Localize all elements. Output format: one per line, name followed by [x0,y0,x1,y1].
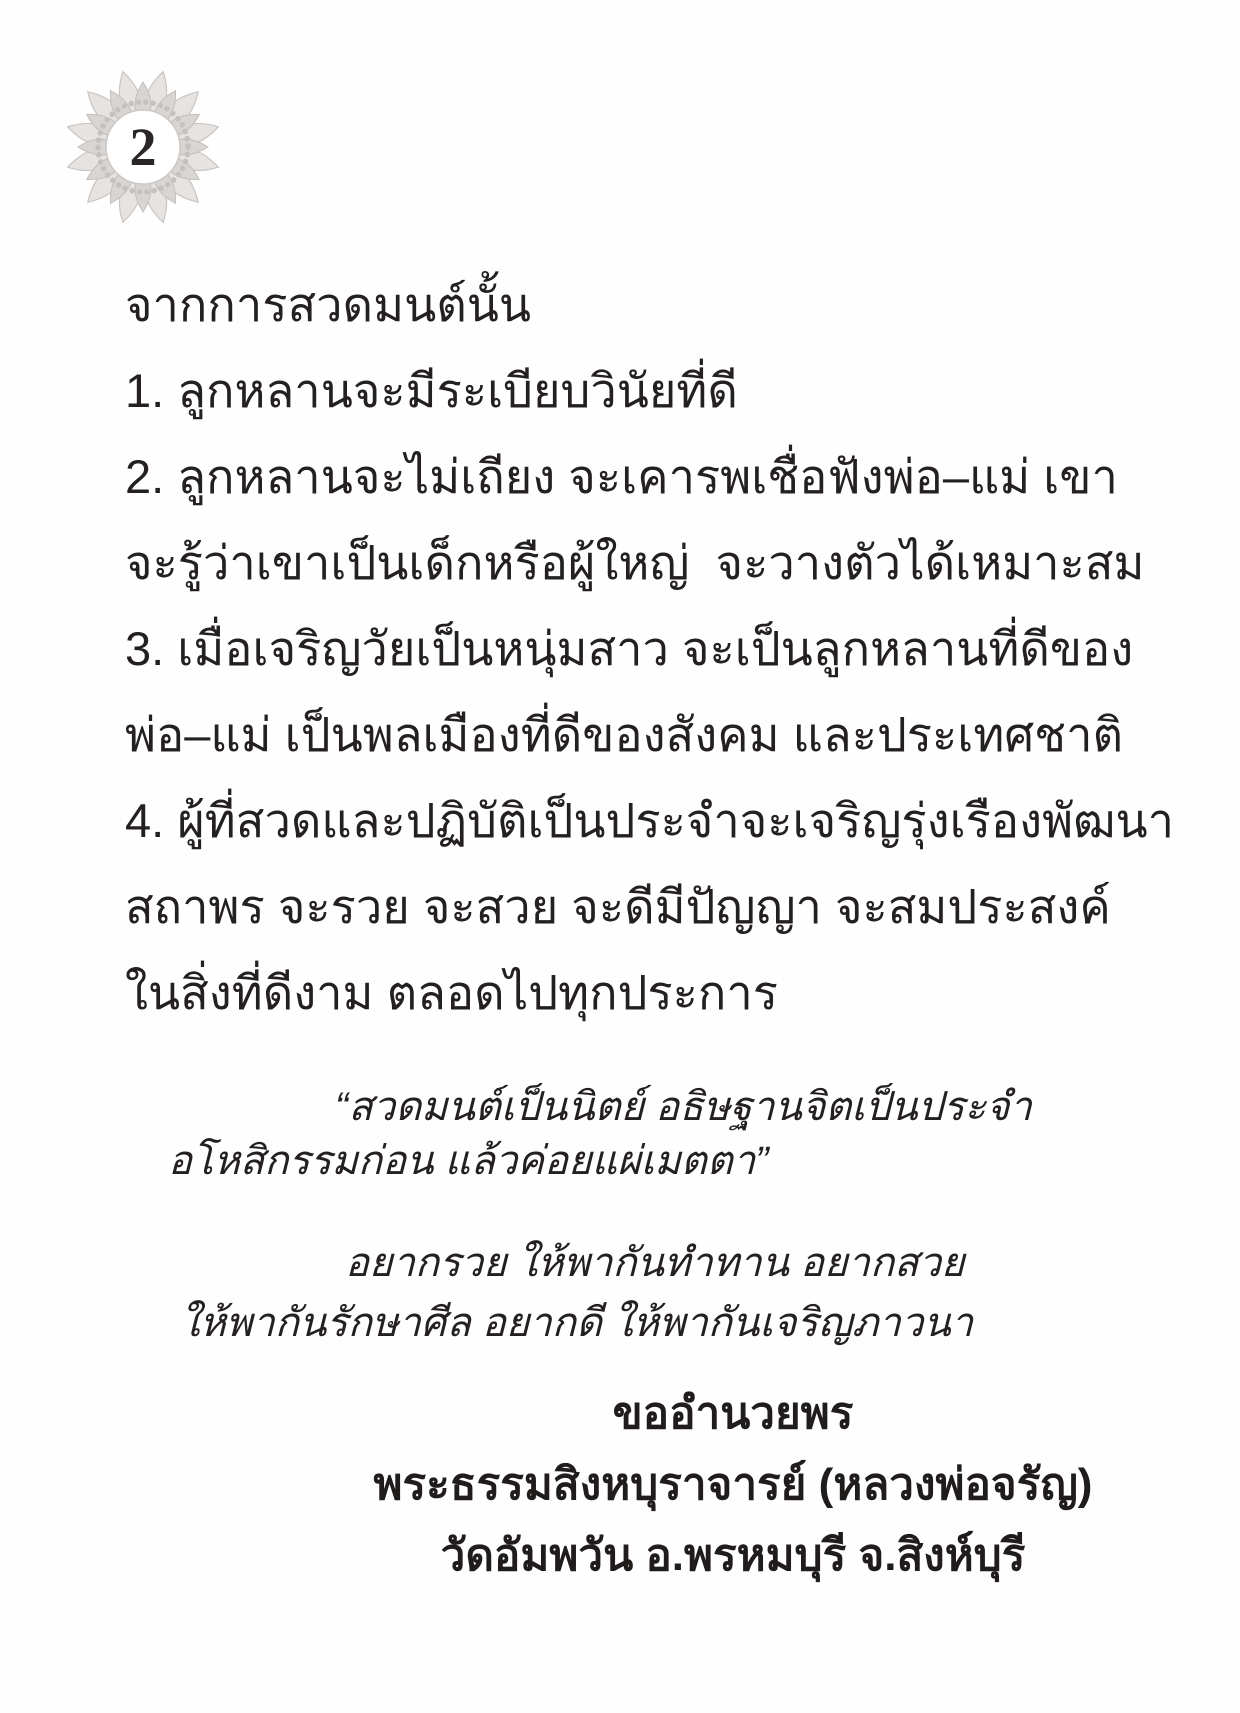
body-line-item3: 3. เมื่อเจริญวัยเป็นหนุ่มสาว จะเป็นลูกหล… [125,606,1120,692]
temple-line: วัดอัมพวัน อ.พรหมบุรี จ.สิงห์บุรี [363,1520,1103,1591]
advice-block: อยากรวย ให้พากันทำทาน อยากสวย ให้พากันรั… [125,1233,1135,1353]
body-line-item2: 2. ลูกหลานจะไม่เถียง จะเคารพเชื่อฟังพ่อ–… [125,434,1120,520]
book-page: 2 จากการสวดมนต์นั้น 1. ลูกหลานจะมีระเบีย… [0,0,1240,1713]
signature-block: ขออำนวยพร พระธรรมสิงหบุราจารย์ (หลวงพ่อจ… [363,1378,1103,1591]
quote-line-1: “สวดมนต์เป็นนิตย์ อธิษฐานจิตเป็นประจำ [335,1080,1135,1134]
body-line-item4-cont: สถาพร จะรวย จะสวย จะดีมีปัญญา จะสมประสงค… [125,864,1120,950]
lotus-ornament-icon: 2 [58,62,228,232]
quote-line-2: อโหสิกรรมก่อน แล้วค่อยแผ่เมตตา” [168,1134,1135,1188]
quote-block: “สวดมนต์เป็นนิตย์ อธิษฐานจิตเป็นประจำ อโ… [125,1080,1135,1188]
body-line-item2-cont: จะรู้ว่าเขาเป็นเด็กหรือผู้ใหญ่ จะวางตัวไ… [125,520,1120,606]
blessing-line: ขออำนวยพร [363,1378,1103,1449]
body-line-item4-end: ในสิ่งที่ดีงาม ตลอดไปทุกประการ [125,950,1120,1036]
body-line-item3-cont: พ่อ–แม่ เป็นพลเมืองที่ดีของสังคม และประเ… [125,692,1120,778]
body-line-item4: 4. ผู้ที่สวดและปฏิบัติเป็นประจำจะเจริญรุ… [125,778,1120,864]
author-name-line: พระธรรมสิงหบุราจารย์ (หลวงพ่อจรัญ) [363,1449,1103,1520]
page-number-ornament: 2 [58,62,228,232]
advice-line-1: อยากรวย ให้พากันทำทาน อยากสวย [345,1233,1135,1293]
page-number: 2 [130,117,157,177]
body-text: จากการสวดมนต์นั้น 1. ลูกหลานจะมีระเบียบว… [125,262,1120,1036]
body-line-item1: 1. ลูกหลานจะมีระเบียบวินัยที่ดี [125,348,1120,434]
body-line-intro: จากการสวดมนต์นั้น [125,262,1120,348]
advice-line-2: ให้พากันรักษาศีล อยากดี ให้พากันเจริญภาว… [180,1293,1135,1353]
